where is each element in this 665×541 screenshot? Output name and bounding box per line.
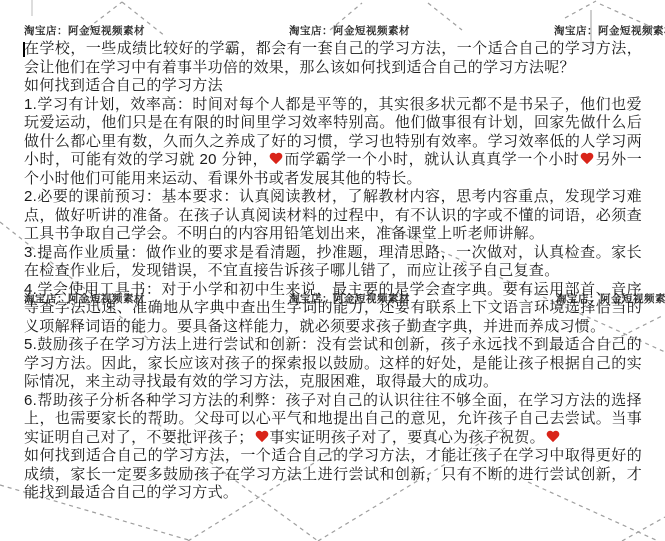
text-run: 事实证明孩子对了，要真心为孩子祝贺。 xyxy=(270,429,545,446)
heart-icon xyxy=(546,431,560,443)
heart-icon xyxy=(269,153,283,165)
paragraph: 1.学习有计划，效率高：时间对每个人都是平等的，其实很多状元都不是书呆子，他们也… xyxy=(24,96,642,189)
text-run: 3.提高作业质量：做作业的要求是看清题，抄准题，理清思路，一次做对，认真检查。家… xyxy=(24,244,642,280)
heart-icon xyxy=(580,153,594,165)
paragraph: 6.帮助孩子分析各种学习方法的利弊：孩子对自己的认识往往不够全面，在学习方法的选… xyxy=(24,392,642,448)
watermark-text: 淘宝店：阿金短视频素材 xyxy=(289,23,410,38)
text-run: 而学霸学一个小时，就认认真真学一个小时 xyxy=(284,151,579,168)
heart-icon xyxy=(255,431,269,443)
watermark-text: 淘宝店：阿金短视频素材 xyxy=(554,23,665,38)
document-body[interactable]: 在学校，一些成绩比较好的学霸，都会有一套自己的学习方法，一个适合自己的学习方法，… xyxy=(24,40,642,503)
text-run: 在学校，一些成绩比较好的学霸，都会有一套自己的学习方法，一个适合自己的学习方法，… xyxy=(24,40,642,76)
paragraph: 如何找到适合自己的学习方法 xyxy=(24,77,642,96)
text-run: 2.必要的课前预习：基本要求：认真阅读教材，了解教材内容，思考内容重点，发现学习… xyxy=(24,188,642,242)
text-run: 5.鼓励孩子在学习方法上进行尝试和创新：没有尝试和创新，孩子永远找不到最适合自己… xyxy=(24,336,642,390)
text-run: 4.学会使用工具书：对于小学和初中生来说，最主要的是学会查字典。要有运用部首、音… xyxy=(24,281,642,335)
paragraph: 在学校，一些成绩比较好的学霸，都会有一套自己的学习方法，一个适合自己的学习方法，… xyxy=(24,40,642,77)
text-cursor xyxy=(23,42,25,57)
paragraph: 5.鼓励孩子在学习方法上进行尝试和创新：没有尝试和创新，孩子永远找不到最适合自己… xyxy=(24,336,642,392)
text-run: 如何找到适合自己的学习方法，一个适合自己的学习方法，才能让孩子在学习中取得更好的… xyxy=(24,447,642,501)
paragraph: 3.提高作业质量：做作业的要求是看清题，抄准题，理清思路，一次做对，认真检查。家… xyxy=(24,244,642,281)
document-page: { "page": { "background": "#ffffff" }, "… xyxy=(0,0,665,541)
paragraph: 如何找到适合自己的学习方法，一个适合自己的学习方法，才能让孩子在学习中取得更好的… xyxy=(24,447,642,503)
text-run: 如何找到适合自己的学习方法 xyxy=(24,77,223,94)
paragraph: 2.必要的课前预习：基本要求：认真阅读教材，了解教材内容，思考内容重点，发现学习… xyxy=(24,188,642,244)
watermark-text: 淘宝店：阿金短视频素材 xyxy=(24,23,145,38)
paragraph: 4.学会使用工具书：对于小学和初中生来说，最主要的是学会查字典。要有运用部首、音… xyxy=(24,281,642,337)
